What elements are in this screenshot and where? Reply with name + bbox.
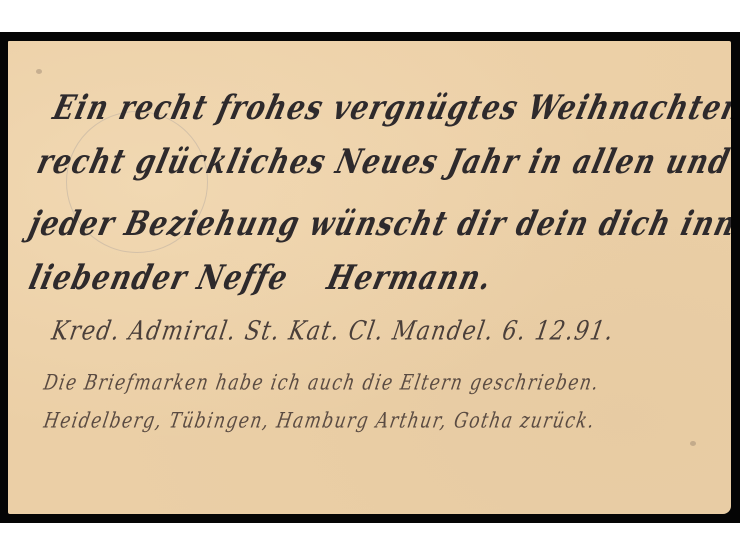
postscript-line-2: Heidelberg, Tübingen, Hamburg Arthur, Go… [42, 409, 598, 434]
stain-spot [36, 69, 42, 74]
handwriting-line-3: jeder Beziehung wünscht dir dein dich in… [25, 205, 731, 244]
scan-frame: Ein recht frohes vergnügtes Weihnachten … [0, 32, 740, 523]
handwriting-line-1: Ein recht frohes vergnügtes Weihnachten … [49, 89, 731, 128]
postscript-line-1: Die Briefmarken habe ich auch die Eltern… [42, 371, 602, 396]
stain-spot [690, 441, 696, 446]
handwriting-line-4: liebender Neffe [25, 259, 292, 298]
handwriting-line-2: recht glückliches Neues Jahr in allen un… [33, 143, 731, 182]
signature: Hermann. [323, 259, 496, 298]
postcard: Ein recht frohes vergnügtes Weihnachten … [8, 41, 731, 514]
sender-address: Kred. Admiral. St. Kat. Cl. Mandel. 6. 1… [49, 317, 616, 347]
